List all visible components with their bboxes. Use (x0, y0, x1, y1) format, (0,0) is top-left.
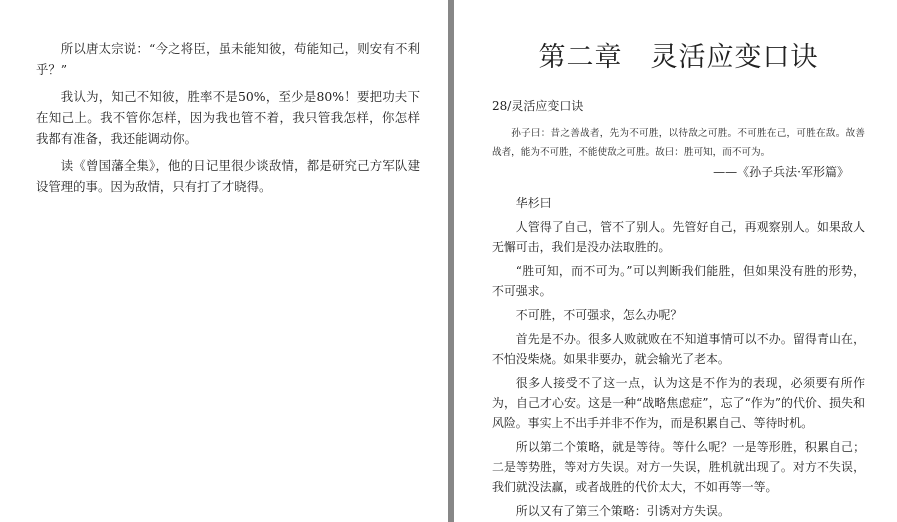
chapter-title: 第二章 灵活应变口诀 (492, 40, 865, 76)
right-paragraph-6: 所以第二个策略，就是等待。等什么呢？一是等形胜，积累自己；二是等势胜，等对方失误… (492, 437, 865, 497)
right-paragraph-1: 人管得了自己，管不了别人。先管好自己，再观察别人。如果敌人无懈可击，我们是没办法… (492, 217, 865, 257)
right-paragraph-2: “胜可知，而不可为。”可以判断我们能胜，但如果没有胜的形势，不可强求。 (492, 261, 865, 301)
left-paragraph-2: 我认为，知己不知彼，胜率不是50%，至少是80%！要把功夫下在知己上。我不管你怎… (36, 86, 420, 149)
right-paragraph-5: 很多人接受不了这一点，认为这是不作为的表现，必须要有所作为，自己才心安。这是一种… (492, 373, 865, 433)
right-paragraph-3: 不可胜，不可强求，怎么办呢？ (492, 305, 865, 325)
left-paragraph-3: 读《曾国藩全集》，他的日记里很少谈敌情，都是研究己方军队建设管理的事。因为敌情，… (36, 155, 420, 197)
book-spread: 所以唐太宗说：“今之将臣，虽未能知彼，苟能知己，则安有不利乎？” 我认为，知己不… (0, 0, 897, 522)
left-page: 所以唐太宗说：“今之将臣，虽未能知彼，苟能知己，则安有不利乎？” 我认为，知己不… (0, 0, 448, 522)
quote-source-attribution: ——《孙子兵法·军形篇》 (492, 163, 865, 182)
right-paragraph-4: 首先是不办。很多人败就败在不知道事情可以不办。留得青山在，不怕没柴烧。如果非要办… (492, 329, 865, 369)
right-page: 第二章 灵活应变口诀 28/灵活应变口诀 孙子曰：昔之善战者，先为不可胜，以待敌… (454, 0, 897, 522)
left-paragraph-1: 所以唐太宗说：“今之将臣，虽未能知彼，苟能知己，则安有不利乎？” (36, 38, 420, 80)
right-paragraph-7: 所以又有了第三个策略：引诱对方失误。 (492, 501, 865, 521)
section-heading: 28/灵活应变口诀 (492, 98, 865, 114)
sunzi-quote: 孙子曰：昔之善战者，先为不可胜，以待敌之可胜。不可胜在己，可胜在敌。故善战者，能… (492, 124, 865, 162)
commentary-author-label: 华杉曰 (492, 193, 865, 213)
